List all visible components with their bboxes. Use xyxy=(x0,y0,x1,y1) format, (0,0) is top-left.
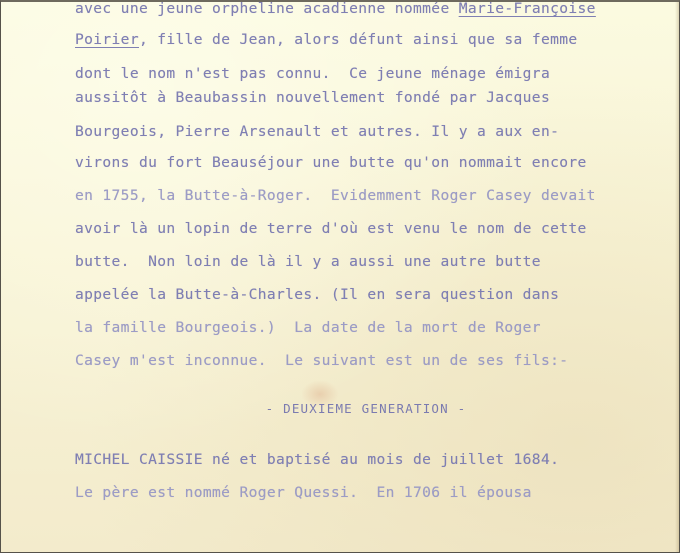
document-page: avec une jeune orpheline acadienne nommé… xyxy=(0,0,680,553)
section-heading: - DEUXIEME GENERATION - xyxy=(1,401,679,416)
text-line-11: la famille Bourgeois.) La date de la mor… xyxy=(75,319,541,337)
text-line-5: Bourgeois, Pierre Arsenault et autres. I… xyxy=(75,123,559,141)
text-line-13: MICHEL CAISSIE né et baptisé au mois de … xyxy=(75,451,559,469)
text-line-2-post: , fille de Jean, alors défunt ainsi que … xyxy=(139,31,578,48)
underlined-name-poirier: Poirier xyxy=(75,31,139,48)
text-line-8: avoir là un lopin de terre d'où est venu… xyxy=(75,220,587,238)
underlined-name-marie-francoise: Marie-Françoise xyxy=(459,0,596,17)
text-line-1: avec une jeune orpheline acadienne nommé… xyxy=(75,0,596,18)
text-line-6: virons du fort Beauséjour une butte qu'o… xyxy=(75,154,587,172)
text-line-10: appelée la Butte-à-Charles. (Il en sera … xyxy=(75,286,559,304)
text-line-4: aussitôt à Beaubassin nouvellement fondé… xyxy=(75,89,550,107)
text-line-2: Poirier, fille de Jean, alors défunt ain… xyxy=(75,31,578,49)
text-line-14: Le père est nommé Roger Quessi. En 1706 … xyxy=(75,484,532,502)
text-line-9: butte. Non loin de là il y a aussi une a… xyxy=(75,253,541,271)
text-line-7: en 1755, la Butte-à-Roger. Evidemment Ro… xyxy=(75,187,596,205)
text-line-3: dont le nom n'est pas connu. Ce jeune mé… xyxy=(75,65,550,83)
text-line-1-pre: avec une jeune orpheline acadienne nommé… xyxy=(75,0,459,17)
text-line-12: Casey m'est inconnue. Le suivant est un … xyxy=(75,352,568,370)
